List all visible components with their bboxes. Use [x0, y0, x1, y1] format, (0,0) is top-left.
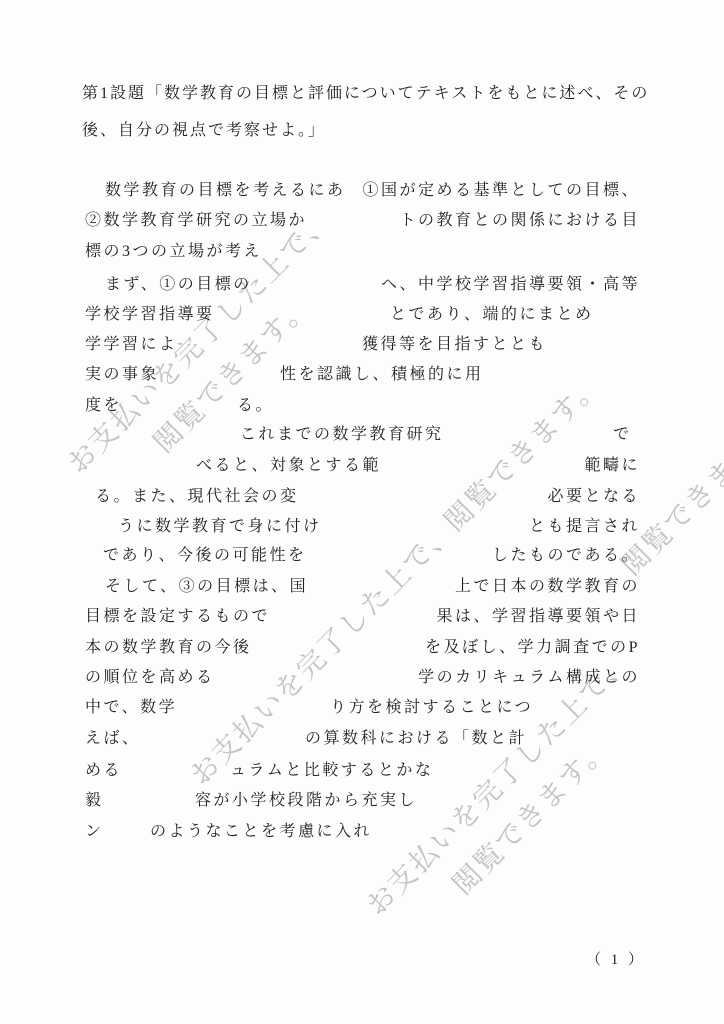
text-fragment: 果は、学習指導要領や日 — [436, 603, 640, 626]
text-fragment: ヘ、中学校学習指導要領・高等 — [381, 271, 640, 294]
text-fragment: まず、①の目標の — [105, 271, 252, 294]
assignment-title-line-1: 第1設題「数学教育の目標と評価についてテキストをもとに述べ、その — [82, 80, 649, 103]
text-fragment: める — [85, 757, 122, 780]
assignment-title-line-2: 後、自分の視点で考察せよ。」 — [82, 117, 326, 140]
text-fragment: の順位を高める — [85, 664, 215, 687]
text-fragment: 学学習によ — [85, 331, 178, 354]
text-fragment: うに数学教育で身に付け — [118, 513, 322, 536]
text-fragment: 学のカリキュラム構成との — [418, 664, 640, 687]
text-fragment: とも提言され — [529, 513, 640, 536]
text-fragment: る。 — [237, 392, 274, 415]
text-fragment: 数学教育の目標を考えるにあ — [105, 177, 346, 200]
text-fragment: の算数科における「数と計 — [305, 725, 527, 748]
text-fragment: 容が小学校段階から充実し — [195, 787, 417, 810]
text-fragment: であり、今後の可能性を — [103, 542, 307, 565]
text-fragment: 範疇に — [584, 452, 640, 475]
text-fragment: ン — [85, 818, 104, 841]
text-fragment: とであり、端的にまとめ — [390, 301, 594, 324]
text-fragment: のようなことを考慮に入れ — [150, 818, 372, 841]
text-fragment: ②数学教育学研究の立場か — [85, 207, 307, 230]
text-fragment: ①国が定める基準としての目標、 — [362, 177, 640, 200]
text-fragment: 獲得等を目指すととも — [362, 331, 547, 354]
text-fragment: 標の3つの立場が考え — [85, 238, 262, 261]
document-content: 第1設題「数学教育の目標と評価についてテキストをもとに述べ、その 後、自分の視点… — [0, 0, 724, 1024]
text-fragment: トの教育との関係における目 — [399, 207, 640, 230]
text-fragment: を及ぼし、学力調査でのP — [425, 634, 640, 657]
text-fragment: ュラムと比較するとかな — [230, 757, 433, 780]
text-fragment: で — [613, 421, 632, 444]
text-fragment: べると、対象とする範 — [196, 452, 381, 475]
text-fragment: これまでの数学教育研究 — [240, 421, 444, 444]
text-fragment: 上で日本の数学教育の — [455, 573, 640, 596]
text-fragment: 度を — [85, 392, 122, 415]
text-fragment: 毅 — [85, 787, 104, 810]
text-fragment: そして、③の目標は、国 — [105, 573, 308, 596]
text-fragment: 必要となる — [547, 483, 640, 506]
text-fragment: る。また、現代社会の変 — [95, 483, 299, 506]
page-number: （ 1 ） — [586, 948, 646, 969]
text-fragment: 実の事象 — [85, 361, 159, 384]
text-fragment: り方を検討することにつ — [330, 694, 533, 717]
text-fragment: 性を認識し、積極的に用 — [280, 361, 484, 384]
text-fragment: 本の数学教育の今後 — [85, 634, 252, 657]
text-fragment: えば、 — [85, 725, 141, 748]
text-fragment: 中で、数学 — [85, 694, 177, 717]
document-page: お支払いを完了した上で、閲覧できます。お支払いを完了した上で、閲覧できます。お支… — [0, 0, 724, 1024]
text-fragment: 目標を設定するもので — [85, 603, 270, 626]
text-fragment: したものである。 — [492, 542, 640, 565]
text-fragment: 学校学習指導要 — [85, 301, 215, 324]
